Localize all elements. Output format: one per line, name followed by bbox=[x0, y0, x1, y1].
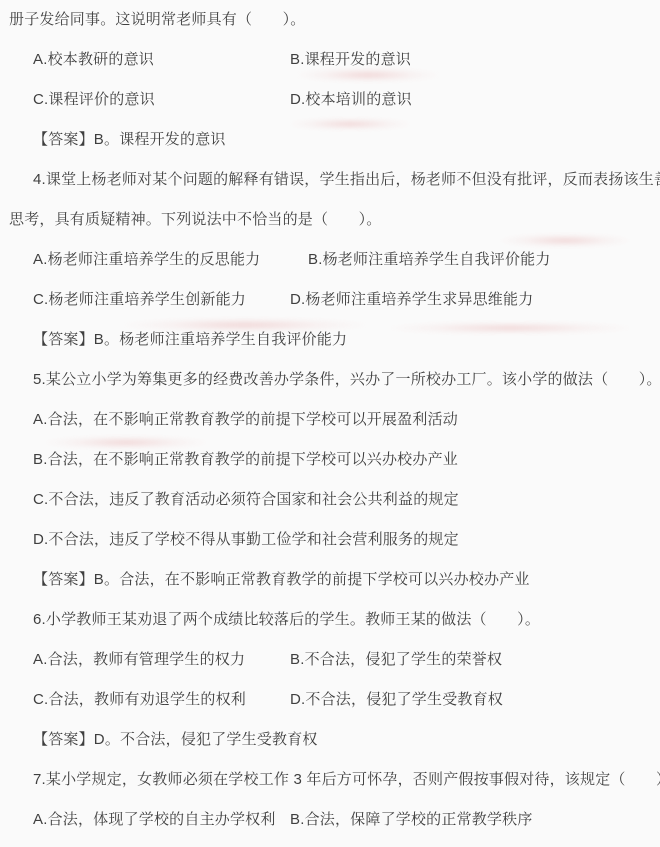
option-c: C.合法，教师有劝退学生的权利 bbox=[33, 680, 290, 720]
option-b: B.课程开发的意识 bbox=[290, 51, 411, 68]
option-full: D.不合法，违反了学校不得从事勤工俭学和社会营利服务的规定 bbox=[9, 520, 652, 560]
option-full: B.合法，在不影响正常教育教学的前提下学校可以兴办校办产业 bbox=[9, 440, 652, 480]
question-stem-continuation: 思考，具有质疑精神。下列说法中不恰当的是（ ）。 bbox=[9, 200, 652, 240]
option-row: A.合法，体现了学校的自主办学权利B.合法，保障了学校的正常教学秩序 bbox=[9, 800, 652, 840]
option-full: A.合法，在不影响正常教育教学的前提下学校可以开展盈利活动 bbox=[9, 400, 652, 440]
option-full: C.不合法，违反了教育活动必须符合国家和社会公共利益的规定 bbox=[9, 480, 652, 520]
option-row: A.校本教研的意识B.课程开发的意识 bbox=[9, 40, 652, 80]
question-stem: 6.小学教师王某劝退了两个成绩比较落后的学生。教师王某的做法（ ）。 bbox=[9, 600, 652, 640]
option-d: D.校本培训的意识 bbox=[290, 91, 412, 108]
option-a: A.合法，体现了学校的自主办学权利 bbox=[33, 800, 290, 840]
answer-line: 【答案】B。杨老师注重培养学生自我评价能力 bbox=[9, 320, 652, 360]
question-stem: 4.课堂上杨老师对某个问题的解释有错误，学生指出后，杨老师不但没有批评，反而表扬… bbox=[9, 160, 652, 200]
option-d: D.杨老师注重培养学生求异思维能力 bbox=[290, 291, 533, 308]
option-b: B.杨老师注重培养学生自我评价能力 bbox=[308, 251, 551, 268]
question-stem: 7.某小学规定，女教师必须在学校工作 3 年后方可怀孕，否则产假按事假对待，该规… bbox=[9, 760, 652, 800]
question-stem: 5.某公立小学为筹集更多的经费改善办学条件，兴办了一所校办工厂。该小学的做法（ … bbox=[9, 360, 652, 400]
option-b: B.合法，保障了学校的正常教学秩序 bbox=[290, 811, 533, 828]
option-a: A.合法，教师有管理学生的权力 bbox=[33, 640, 290, 680]
option-row: A.合法，教师有管理学生的权力B.不合法，侵犯了学生的荣誉权 bbox=[9, 640, 652, 680]
option-a: A.校本教研的意识 bbox=[33, 40, 290, 80]
answer-line: 【答案】B。课程开发的意识 bbox=[9, 120, 652, 160]
answer-line: 【答案】B。合法，在不影响正常教育教学的前提下学校可以兴办校办产业 bbox=[9, 560, 652, 600]
option-b: B.不合法，侵犯了学生的荣誉权 bbox=[290, 651, 502, 668]
option-d: D.不合法，侵犯了学生受教育权 bbox=[290, 691, 503, 708]
option-a: A.杨老师注重培养学生的反思能力 bbox=[33, 240, 308, 280]
option-row: C.杨老师注重培养学生创新能力D.杨老师注重培养学生求异思维能力 bbox=[9, 280, 652, 320]
exam-page: 册子发给同事。这说明常老师具有（ ）。 A.校本教研的意识B.课程开发的意识 C… bbox=[0, 0, 660, 847]
option-row: C.合法，教师有劝退学生的权利D.不合法，侵犯了学生受教育权 bbox=[9, 680, 652, 720]
option-c: C.课程评价的意识 bbox=[33, 80, 290, 120]
option-row: C.课程评价的意识D.校本培训的意识 bbox=[9, 80, 652, 120]
answer-line: 【答案】D。不合法，侵犯了学生受教育权 bbox=[9, 720, 652, 760]
option-row: A.杨老师注重培养学生的反思能力B.杨老师注重培养学生自我评价能力 bbox=[9, 240, 652, 280]
option-c: C.杨老师注重培养学生创新能力 bbox=[33, 280, 290, 320]
question-stem-continuation: 册子发给同事。这说明常老师具有（ ）。 bbox=[9, 0, 652, 40]
